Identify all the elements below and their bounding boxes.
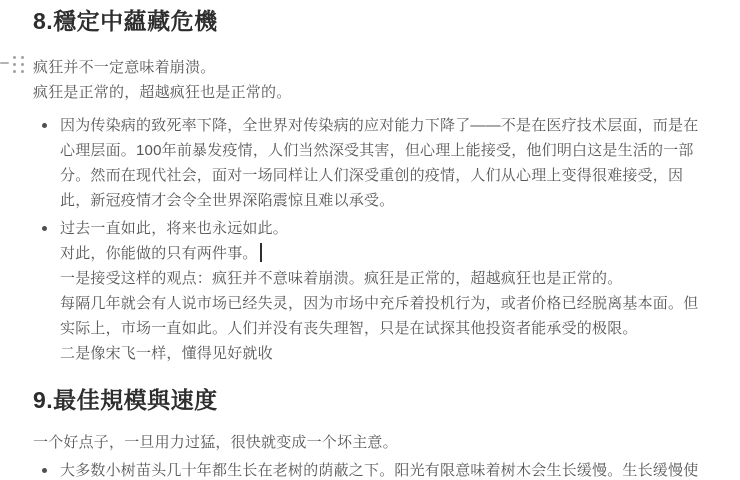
add-block-icon[interactable]	[0, 62, 9, 64]
drag-handle-icon[interactable]	[13, 56, 24, 73]
bullet-line[interactable]: 每隔几年就会有人说市场已经失灵，因为市场中充斥着投机行为，或者价格已经脱离基本面…	[60, 291, 698, 316]
bullet-line[interactable]: 此，新冠疫情才会令全世界深陷震惊且难以承受。	[60, 188, 698, 213]
section-heading-8[interactable]: 8.穩定中蘊藏危機	[33, 6, 726, 36]
bullet-icon	[42, 123, 47, 128]
bullet-saplings[interactable]: 大多数小树苗头几十年都生长在老树的荫蔽之下。阳光有限意味着树木会生长缓慢。生长缓…	[33, 458, 726, 480]
bullet-line[interactable]: 一是接受这样的观点：疯狂并不意味着崩溃。疯狂是正常的，超越疯狂也是正常的。	[60, 266, 698, 291]
bullet-line[interactable]: 心理层面。100年前暴发疫情，人们当然深受其害，但心理上能接受，他们明白这是生活…	[60, 138, 698, 163]
bullet-icon	[42, 468, 47, 473]
bullet-line[interactable]: 大多数小树苗头几十年都生长在老树的荫蔽之下。阳光有限意味着树木会生长缓慢。生长缓…	[60, 458, 698, 480]
bullet-line[interactable]: 分。然而在现代社会，面对一场同样让人们深受重创的疫情，人们从心理上变得很难接受，…	[60, 163, 698, 188]
text-cursor	[260, 243, 262, 262]
paragraph-line[interactable]: 疯狂并不一定意味着崩溃。	[33, 55, 726, 80]
bullet-text: 因为传染病的致死率下降，全世界对传染病的应对能力下降了——不是在医疗技术层面，而…	[60, 113, 698, 213]
paragraph-line[interactable]: 一个好点子，一旦用力过猛，很快就变成一个坏主意。	[33, 430, 726, 455]
bullet-icon	[42, 226, 47, 231]
bullet-line-text: 对此，你能做的只有两件事。	[60, 245, 258, 262]
bullet-line[interactable]: 二是像宋飞一样，懂得见好就收	[60, 341, 698, 366]
note-page: 8.穩定中蘊藏危機 疯狂并不一定意味着崩溃。 疯狂是正常的，超越疯狂也是正常的。…	[0, 0, 740, 480]
block-controls	[0, 55, 30, 80]
paragraph-line[interactable]: 疯狂是正常的，超越疯狂也是正常的。	[33, 80, 726, 105]
section-heading-9[interactable]: 9.最佳規模與速度	[33, 385, 726, 415]
bullet-contagion[interactable]: 因为传染病的致死率下降，全世界对传染病的应对能力下降了——不是在医疗技术层面，而…	[33, 113, 726, 213]
bullet-text: 过去一直如此，将来也永远如此。 对此，你能做的只有两件事。 一是接受这样的观点：…	[60, 216, 698, 366]
bullet-line[interactable]: 因为传染病的致死率下降，全世界对传染病的应对能力下降了——不是在医疗技术层面，而…	[60, 113, 698, 138]
bullet-line-with-cursor[interactable]: 对此，你能做的只有两件事。	[60, 241, 698, 266]
bullet-line[interactable]: 实际上，市场一直如此。人们并没有丧失理智，只是在试探其他投资者能承受的极限。	[60, 316, 698, 341]
paragraph-good-idea-block[interactable]: 一个好点子，一旦用力过猛，很快就变成一个坏主意。	[33, 430, 726, 455]
bullet-line[interactable]: 过去一直如此，将来也永远如此。	[60, 216, 698, 241]
bullet-text: 大多数小树苗头几十年都生长在老树的荫蔽之下。阳光有限意味着树木会生长缓慢。生长缓…	[60, 458, 698, 480]
paragraph-craziness-block[interactable]: 疯狂并不一定意味着崩溃。 疯狂是正常的，超越疯狂也是正常的。	[33, 55, 726, 105]
bullet-two-things[interactable]: 过去一直如此，将来也永远如此。 对此，你能做的只有两件事。 一是接受这样的观点：…	[33, 216, 726, 366]
